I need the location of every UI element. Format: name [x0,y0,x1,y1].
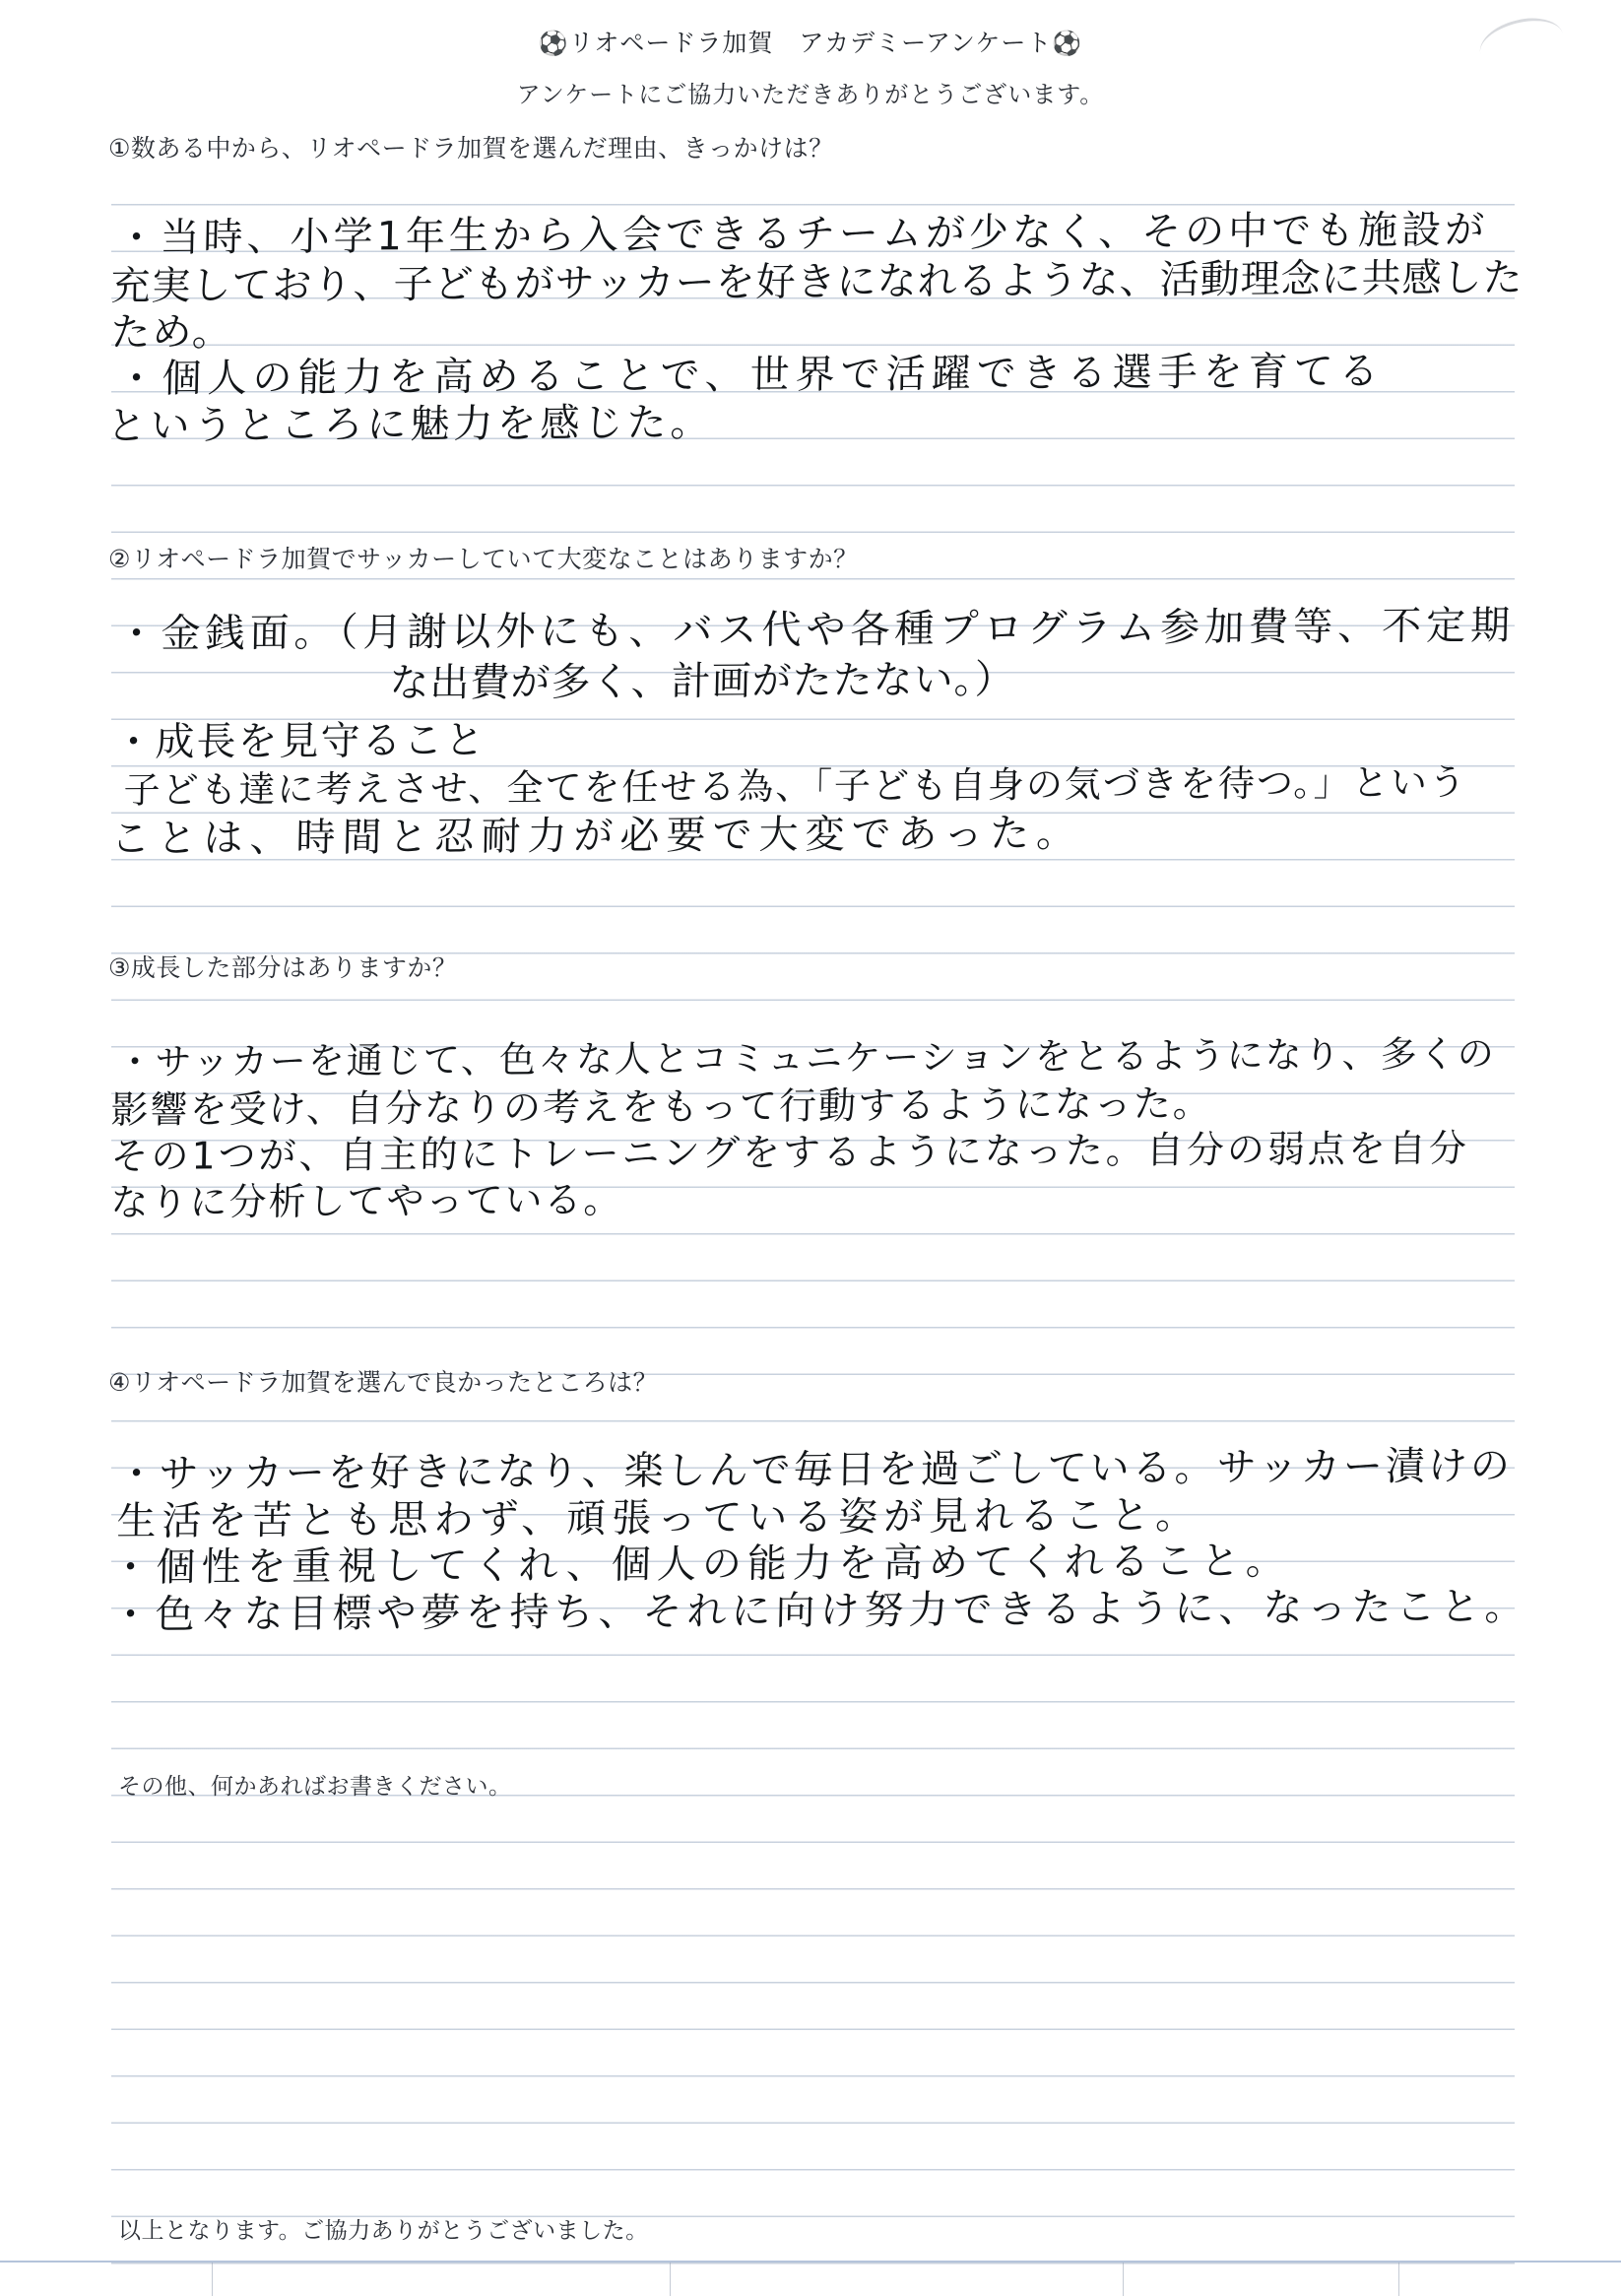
answer-3-line-4: なりに分析してやっている。 [110,1169,623,1226]
question-4-label: ④リオペードラ加賀を選んで良かったところは？ [108,1363,658,1399]
bottom-edge-tick [212,2263,213,2296]
bottom-edge-line [0,2261,1621,2263]
answer-1-line-2: 充実しており、子どもがサッカーを好きになれるような、活動理念に共感した [110,246,1524,311]
scanned-questionnaire-page: ⚽リオペードラ加賀 アカデミーアンケート⚽ アンケートにご協力いただきありがとう… [0,0,1621,2296]
question-1-label: ①数ある中から、リオペードラ加賀を選んだ理由、きっかけは？ [108,129,834,164]
question-3-label: ③成長した部分はありますか？ [108,949,457,984]
answer-4-line-4: ・色々な目標や夢を持ち、それに向け努力できるように、なったこと。 [110,1575,1529,1640]
page-title: ⚽リオペードラ加賀 アカデミーアンケート⚽ [0,24,1621,59]
page-title-text: リオペードラ加賀 アカデミーアンケート [569,30,1053,57]
other-comments-prompt: その他、何かあればお書きください。 [118,1768,512,1801]
bottom-edge-tick [1123,2263,1124,2296]
soccer-ball-icon: ⚽ [1052,31,1082,57]
thanks-line: アンケートにご協力いただきありがとうございます。 [0,75,1621,109]
bottom-edge-tick [1398,2263,1399,2296]
answer-1-line-5: というところに魅力を感じた。 [106,391,714,451]
bottom-edge-tick [670,2263,671,2296]
answer-2-line-5: ことは、時間と忍耐力が必要で大変であった。 [110,802,1083,864]
question-2-label: ②リオペードラ加賀でサッカーしていて大変なことはありますか？ [108,540,859,575]
closing-line: 以上となります。ご協力ありがとうございました。 [118,2212,649,2245]
answer-2-line-2: な出費が多く、計画がたたない。） [389,648,1015,708]
soccer-ball-icon: ⚽ [539,31,569,57]
